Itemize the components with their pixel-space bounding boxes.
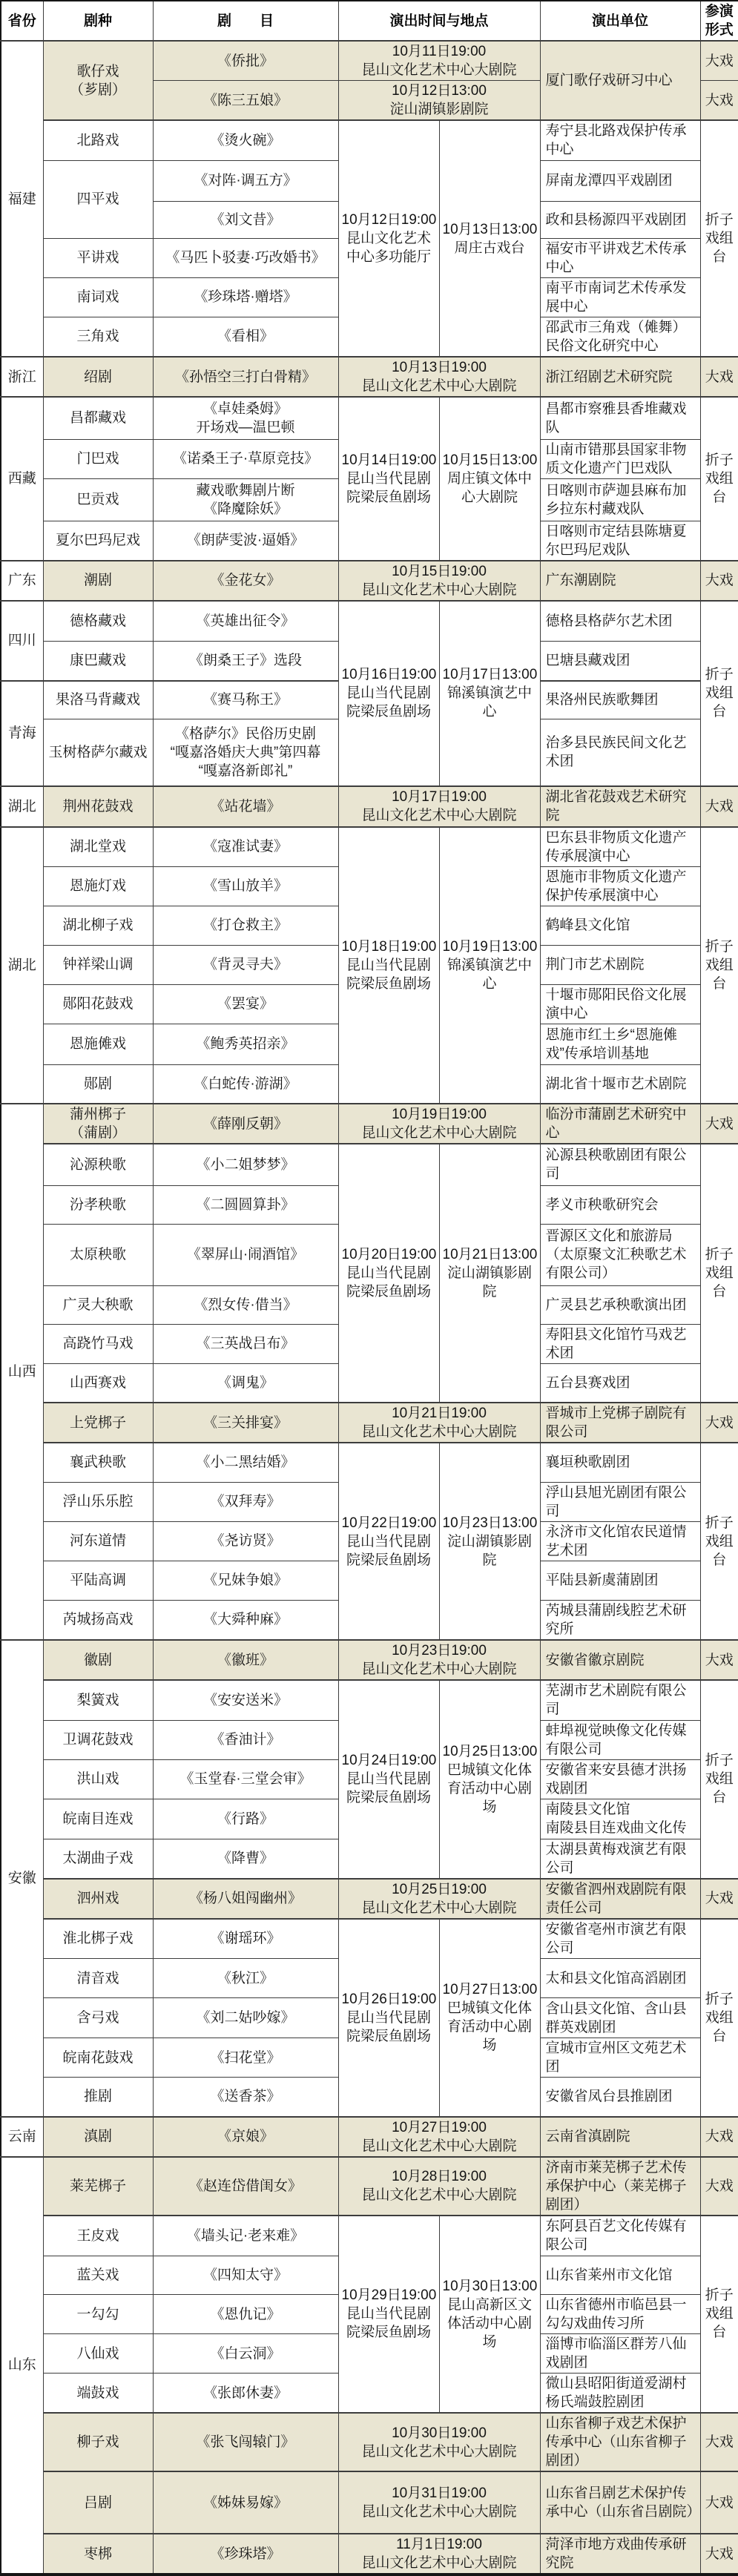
cell-time: 10月13日13:00周庄古戏台 xyxy=(439,120,540,357)
cell-repertoire: 《卓娃桑姆》 开场戏—温巴顿 xyxy=(153,397,338,439)
cell-genre: 绍剧 xyxy=(43,357,153,397)
cell-time: 10月12日19:00昆山文化艺术中心多功能厅 xyxy=(338,120,439,357)
cell-repertoire: 《马匹卜驳妻·巧改婚书》 xyxy=(153,238,338,277)
cell-time: 10月15日13:00周庄镇文体中心大剧院 xyxy=(439,397,540,561)
cell-genre: 恩施灯戏 xyxy=(43,866,153,906)
cell-repertoire: 《格萨尔》民俗历史剧 “嘎嘉洛婚庆大典”第四幕 “嘎嘉洛新郎礼” xyxy=(153,719,338,786)
cell-unit: 果洛州民族歌舞团 xyxy=(540,681,700,719)
cell-unit: 东阿县百艺文化传媒有限公司 xyxy=(540,2216,700,2256)
cell-repertoire: 《金花女》 xyxy=(153,561,338,601)
performance-time: 10月15日19:00 xyxy=(342,562,537,581)
cell-repertoire: 《珍珠塔·赠塔》 xyxy=(153,277,338,317)
cell-unit: 十堰市郧阳民俗文化展演中心 xyxy=(540,984,700,1024)
table-row: 泗州戏《杨八姐闯幽州》10月25日19:00昆山文化艺术中心大剧院安徽省泗州戏剧… xyxy=(1,1879,738,1919)
cell-repertoire: 《大舜种麻》 xyxy=(153,1600,338,1640)
cell-form: 折子戏组台 xyxy=(700,397,738,561)
cell-repertoire: 《刘二姑吵嫁》 xyxy=(153,1998,338,2038)
performance-time: 10月17日19:00 xyxy=(342,788,537,806)
performance-time: 10月14日19:00 xyxy=(342,451,436,470)
cell-repertoire: 《杨八姐闯幽州》 xyxy=(153,1879,338,1919)
cell-unit: 巴塘县藏戏团 xyxy=(540,642,700,681)
performance-time: 10月19日13:00 xyxy=(443,938,537,956)
cell-genre: 太原秧歌 xyxy=(43,1224,153,1285)
cell-genre: 含弓戏 xyxy=(43,1998,153,2038)
cell-genre: 河东道情 xyxy=(43,1521,153,1561)
cell-time: 10月19日13:00锦溪镇演艺中心 xyxy=(439,827,540,1104)
cell-genre: 浮山乐乐腔 xyxy=(43,1482,153,1521)
cell-genre: 郧阳花鼓戏 xyxy=(43,984,153,1024)
performance-venue: 巴城镇文化体育活动中心剧场 xyxy=(443,1761,537,1816)
cell-repertoire: 《孙悟空三打白骨精》 xyxy=(153,357,338,397)
cell-unit: 含山县文化馆、含山县群英戏剧团 xyxy=(540,1998,700,2038)
cell-genre: 清音戏 xyxy=(43,1959,153,1998)
table-row: 山西蒲州梆子 （蒲剧）《薛刚反朝》10月19日19:00昆山文化艺术中心大剧院临… xyxy=(1,1104,738,1144)
cell-repertoire: 《珍珠塔》 xyxy=(153,2534,338,2575)
cell-genre: 德格藏戏 xyxy=(43,601,153,642)
cell-genre: 平陆高调 xyxy=(43,1561,153,1600)
cell-unit: 微山县昭阳街道爱湖村杨氏端鼓腔剧团 xyxy=(540,2374,700,2414)
cell-form: 大戏 xyxy=(700,1640,738,1680)
performance-schedule-table: 省份剧种剧 目演出时间与地点演出单位参演形式 福建歌仔戏 （芗剧）《侨批》10月… xyxy=(0,0,738,2576)
cell-repertoire: 《烫火碗》 xyxy=(153,120,338,160)
cell-time: 10月13日19:00昆山文化艺术中心大剧院 xyxy=(338,357,540,397)
cell-repertoire: 《鲍秀英招亲》 xyxy=(153,1024,338,1064)
performance-time: 10月24日19:00 xyxy=(342,1751,436,1770)
cell-form: 大戏 xyxy=(700,1403,738,1443)
performance-venue: 昆山文化艺术中心大剧院 xyxy=(342,806,537,825)
cell-unit: 南平市南词艺术传承发展中心 xyxy=(540,277,700,317)
cell-unit: 永济市文化馆农民道情艺术团 xyxy=(540,1521,700,1561)
cell-unit: 山东省柳子戏艺术保护传承中心（山东省柳子剧团） xyxy=(540,2413,700,2471)
cell-time: 10月31日19:00昆山文化艺术中心大剧院 xyxy=(338,2471,540,2534)
cell-province: 安徽 xyxy=(1,1640,43,2117)
cell-time: 10月16日19:00昆山当代昆剧院梁辰鱼剧场 xyxy=(338,601,439,786)
cell-time: 10月17日13:00锦溪镇演艺中心 xyxy=(439,601,540,786)
performance-venue: 淀山湖镇影剧院 xyxy=(342,100,537,119)
cell-repertoire: 《调鬼》 xyxy=(153,1363,338,1403)
table-header: 省份剧种剧 目演出时间与地点演出单位参演形式 xyxy=(1,1,738,41)
performance-venue: 昆山文化艺术中心大剧院 xyxy=(342,1899,537,1917)
table-row: 湖北湖北堂戏《寇准试妻》10月18日19:00昆山当代昆剧院梁辰鱼剧场10月19… xyxy=(1,827,738,867)
cell-repertoire: 《四知太守》 xyxy=(153,2256,338,2295)
cell-genre: 巴贡戏 xyxy=(43,478,153,521)
cell-form: 大戏 xyxy=(700,2157,738,2216)
performance-time: 10月15日13:00 xyxy=(443,451,537,470)
cell-form: 大戏 xyxy=(700,2534,738,2575)
performance-time: 10月11日19:00 xyxy=(342,42,537,61)
performance-venue: 昆山文化艺术中心大剧院 xyxy=(342,61,537,79)
table-row: 枣梆《珍珠塔》11月1日19:00昆山文化艺术中心大剧院菏泽市地方戏曲传承研究院… xyxy=(1,2534,738,2575)
cell-province: 山西 xyxy=(1,1104,43,1640)
cell-genre: 柳子戏 xyxy=(43,2413,153,2471)
cell-genre: 襄武秧歌 xyxy=(43,1443,153,1482)
cell-repertoire: 《恩仇记》 xyxy=(153,2295,338,2334)
cell-province: 山东 xyxy=(1,2157,43,2575)
cell-province: 广东 xyxy=(1,561,43,601)
cell-repertoire: 《陈三五娘》 xyxy=(153,81,338,121)
cell-repertoire: 《扫花堂》 xyxy=(153,2038,338,2078)
cell-province: 福建 xyxy=(1,41,43,357)
performance-time: 10月21日13:00 xyxy=(443,1245,537,1264)
cell-genre: 昌都藏戏 xyxy=(43,397,153,439)
cell-genre: 滇剧 xyxy=(43,2117,153,2157)
cell-genre: 三角戏 xyxy=(43,317,153,357)
cell-genre: 芮城扬高戏 xyxy=(43,1600,153,1640)
cell-time: 10月26日19:00昆山当代昆剧院梁辰鱼剧场 xyxy=(338,1919,439,2117)
cell-form: 大戏 xyxy=(700,2471,738,2534)
cell-repertoire: 《安安送米》 xyxy=(153,1680,338,1720)
column-header-form: 参演形式 xyxy=(700,1,738,41)
cell-repertoire: 《京娘》 xyxy=(153,2117,338,2157)
performance-time: 10月25日19:00 xyxy=(342,1880,537,1899)
cell-form: 折子戏组台 xyxy=(700,1144,738,1403)
cell-unit: 广东潮剧院 xyxy=(540,561,700,601)
cell-unit: 屏南龙潭四平戏剧团 xyxy=(540,160,700,201)
cell-province: 青海 xyxy=(1,681,43,786)
cell-unit: 湖北省花鼓戏艺术研究院 xyxy=(540,786,700,827)
cell-genre: 山西赛戏 xyxy=(43,1363,153,1403)
column-header-unit: 演出单位 xyxy=(540,1,700,41)
table-row: 北路戏《烫火碗》10月12日19:00昆山文化艺术中心多功能厅10月13日13:… xyxy=(1,120,738,160)
cell-unit: 山南市错那县国家非物质文化遗产门巴戏队 xyxy=(540,439,700,478)
cell-form: 大戏 xyxy=(700,2413,738,2471)
cell-form: 折子戏组台 xyxy=(700,120,738,357)
cell-unit: 安徽省亳州市演艺有限公司 xyxy=(540,1919,700,1959)
performance-venue: 昆山文化艺术中心多功能厅 xyxy=(342,229,436,266)
cell-province: 湖北 xyxy=(1,827,43,1104)
cell-genre: 徽剧 xyxy=(43,1640,153,1680)
cell-unit: 安徽省徽京剧院 xyxy=(540,1640,700,1680)
cell-unit: 五台县赛戏团 xyxy=(540,1363,700,1403)
cell-form: 大戏 xyxy=(700,786,738,827)
column-header-province: 省份 xyxy=(1,1,43,41)
cell-unit: 政和县杨源四平戏剧团 xyxy=(540,201,700,238)
cell-form: 折子戏组台 xyxy=(700,1680,738,1879)
performance-time: 10月23日13:00 xyxy=(443,1514,537,1532)
cell-unit: 昌都市察雅县香堆藏戏队 xyxy=(540,397,700,439)
performance-venue: 昆山当代昆剧院梁辰鱼剧场 xyxy=(342,1770,436,1807)
cell-genre: 果洛马背藏戏 xyxy=(43,681,153,719)
cell-time: 10月23日13:00淀山湖镇影剧院 xyxy=(439,1443,540,1640)
performance-venue: 昆山文化艺术中心大剧院 xyxy=(342,1423,537,1441)
cell-genre: 淮北梆子戏 xyxy=(43,1919,153,1959)
cell-repertoire: 《白云洞》 xyxy=(153,2334,338,2374)
cell-repertoire: 《张飞闯辕门》 xyxy=(153,2413,338,2471)
cell-unit: 邵武市三角戏（傩舞）民俗文化研究中心 xyxy=(540,317,700,357)
cell-genre: 八仙戏 xyxy=(43,2334,153,2374)
cell-time: 11月1日19:00昆山文化艺术中心大剧院 xyxy=(338,2534,540,2575)
cell-genre: 郧剧 xyxy=(43,1064,153,1104)
cell-genre: 恩施傩戏 xyxy=(43,1024,153,1064)
cell-genre: 沁源秧歌 xyxy=(43,1144,153,1185)
cell-unit: 云南省滇剧院 xyxy=(540,2117,700,2157)
table-row: 广东潮剧《金花女》10月15日19:00昆山文化艺术中心大剧院广东潮剧院大戏 xyxy=(1,561,738,601)
cell-genre: 康巴藏戏 xyxy=(43,642,153,681)
cell-repertoire: 《双拜寿》 xyxy=(153,1482,338,1521)
cell-repertoire: 《侨批》 xyxy=(153,41,338,81)
performance-time: 10月18日19:00 xyxy=(342,938,436,956)
cell-repertoire: 《朗萨雯波·逼婚》 xyxy=(153,521,338,561)
performance-venue: 锦溪镇演艺中心 xyxy=(443,684,537,721)
cell-genre: 一勾勾 xyxy=(43,2295,153,2334)
performance-venue: 昆山当代昆剧院梁辰鱼剧场 xyxy=(342,1264,436,1301)
cell-unit: 巴东县非物质文化遗产传承展演中心 xyxy=(540,827,700,867)
cell-unit: 治多县民族民间文化艺术团 xyxy=(540,719,700,786)
performance-venue: 昆山当代昆剧院梁辰鱼剧场 xyxy=(342,2009,436,2046)
performance-venue: 昆山当代昆剧院梁辰鱼剧场 xyxy=(342,470,436,507)
cell-unit: 寿阳县文化馆竹马戏艺术团 xyxy=(540,1324,700,1363)
cell-genre: 泗州戏 xyxy=(43,1879,153,1919)
cell-repertoire: 《烈女传·借当》 xyxy=(153,1285,338,1324)
performance-time: 10月19日19:00 xyxy=(342,1105,537,1124)
cell-genre: 上党梆子 xyxy=(43,1403,153,1443)
cell-unit: 平陆县新虞蒲剧团 xyxy=(540,1561,700,1600)
performance-time: 10月27日13:00 xyxy=(443,1980,537,1999)
cell-repertoire: 《朗桑王子》选段 xyxy=(153,642,338,681)
cell-repertoire: 《三关排宴》 xyxy=(153,1403,338,1443)
performance-venue: 昆山文化艺术中心大剧院 xyxy=(342,2554,537,2572)
performance-venue: 昆山文化艺术中心大剧院 xyxy=(342,2137,537,2155)
cell-repertoire: 《看相》 xyxy=(153,317,338,357)
cell-repertoire: 《谢瑶环》 xyxy=(153,1919,338,1959)
performance-time: 10月30日19:00 xyxy=(342,2424,537,2442)
cell-unit: 南陵县文化馆 南陵县目连戏曲文化传 xyxy=(540,1799,700,1839)
cell-genre: 四平戏 xyxy=(43,160,153,238)
performance-time: 10月30日13:00 xyxy=(443,2277,537,2296)
cell-unit: 临汾市蒲剧艺术研究中心 xyxy=(540,1104,700,1144)
cell-unit: 浙江绍剧艺术研究院 xyxy=(540,357,700,397)
table-row: 上党梆子《三关排宴》10月21日19:00昆山文化艺术中心大剧院晋城市上党梆子剧… xyxy=(1,1403,738,1443)
cell-form: 大戏 xyxy=(700,1104,738,1144)
cell-genre: 皖南花鼓戏 xyxy=(43,2038,153,2078)
column-header-repertoire: 剧 目 xyxy=(153,1,338,41)
cell-repertoire: 《薛刚反朝》 xyxy=(153,1104,338,1144)
cell-time: 10月21日13:00淀山湖镇影剧院 xyxy=(439,1144,540,1403)
cell-province: 湖北 xyxy=(1,786,43,827)
cell-unit: 襄垣秧歌剧团 xyxy=(540,1443,700,1482)
cell-time: 10月14日19:00昆山当代昆剧院梁辰鱼剧场 xyxy=(338,397,439,561)
cell-genre: 荆州花鼓戏 xyxy=(43,786,153,827)
performance-venue: 昆山当代昆剧院梁辰鱼剧场 xyxy=(342,956,436,993)
cell-genre: 湖北堂戏 xyxy=(43,827,153,867)
cell-repertoire: 《打仓救主》 xyxy=(153,906,338,945)
cell-genre: 皖南目连戏 xyxy=(43,1799,153,1839)
cell-repertoire: 《诺桑王子·草原竞技》 xyxy=(153,439,338,478)
performance-venue: 淀山湖镇影剧院 xyxy=(443,1264,537,1301)
cell-unit: 晋城市上党梆子剧院有限公司 xyxy=(540,1403,700,1443)
table-body: 福建歌仔戏 （芗剧）《侨批》10月11日19:00昆山文化艺术中心大剧院厦门歌仔… xyxy=(1,41,738,2575)
table-row: 山东莱芜梆子《赵连岱借闺女》10月28日19:00昆山文化艺术中心大剧院济南市莱… xyxy=(1,2157,738,2216)
cell-repertoire: 《三英战吕布》 xyxy=(153,1324,338,1363)
cell-form: 大戏 xyxy=(700,41,738,81)
performance-venue: 周庄镇文体中心大剧院 xyxy=(443,470,537,507)
performance-time: 11月1日19:00 xyxy=(342,2535,537,2554)
performance-time: 10月28日19:00 xyxy=(342,2167,537,2186)
cell-form: 折子戏组台 xyxy=(700,2216,738,2414)
cell-unit: 德格县格萨尔艺术团 xyxy=(540,601,700,642)
cell-unit: 太和县文化馆高滔剧团 xyxy=(540,1959,700,1998)
table-row: 安徽徽剧《徽班》10月23日19:00昆山文化艺术中心大剧院安徽省徽京剧院大戏 xyxy=(1,1640,738,1680)
cell-unit: 厦门歌仔戏研习中心 xyxy=(540,41,700,120)
cell-time: 10月25日19:00昆山文化艺术中心大剧院 xyxy=(338,1879,540,1919)
cell-unit: 荆门市艺术剧院 xyxy=(540,945,700,984)
cell-genre: 蒲州梆子 （蒲剧） xyxy=(43,1104,153,1144)
performance-venue: 昆山当代昆剧院梁辰鱼剧场 xyxy=(342,684,436,721)
cell-time: 10月30日19:00昆山文化艺术中心大剧院 xyxy=(338,2413,540,2471)
cell-form: 大戏 xyxy=(700,2117,738,2157)
header-row: 省份剧种剧 目演出时间与地点演出单位参演形式 xyxy=(1,1,738,41)
cell-genre: 卫调花鼓戏 xyxy=(43,1720,153,1759)
cell-repertoire: 《小二姐梦梦》 xyxy=(153,1144,338,1185)
performance-venue: 昆山文化艺术中心大剧院 xyxy=(342,2442,537,2461)
cell-time: 10月25日13:00巴城镇文化体育活动中心剧场 xyxy=(439,1680,540,1879)
cell-unit: 晋源区文化和旅游局（太原聚文汇秧歌艺术有限公司） xyxy=(540,1224,700,1285)
cell-time: 10月19日19:00昆山文化艺术中心大剧院 xyxy=(338,1104,540,1144)
table-row: 吕剧《姊妹易嫁》10月31日19:00昆山文化艺术中心大剧院山东省吕剧艺术保护传… xyxy=(1,2471,738,2534)
cell-time: 10月22日19:00昆山当代昆剧院梁辰鱼剧场 xyxy=(338,1443,439,1640)
cell-repertoire: 《尧访贤》 xyxy=(153,1521,338,1561)
cell-province: 云南 xyxy=(1,2117,43,2157)
cell-genre: 洪山戏 xyxy=(43,1759,153,1799)
cell-form: 折子戏组台 xyxy=(700,827,738,1104)
cell-repertoire: 《送香茶》 xyxy=(153,2078,338,2117)
cell-time: 10月27日19:00昆山文化艺术中心大剧院 xyxy=(338,2117,540,2157)
cell-time: 10月27日13:00巴城镇文化体育活动中心剧场 xyxy=(439,1919,540,2117)
cell-unit: 芜湖市艺术剧院有限公司 xyxy=(540,1680,700,1720)
cell-genre: 端鼓戏 xyxy=(43,2374,153,2414)
cell-unit: 济南市莱芜梆子艺术传承保护中心（莱芜梆子剧团） xyxy=(540,2157,700,2216)
cell-repertoire: 《降曹》 xyxy=(153,1839,338,1879)
cell-time: 10月28日19:00昆山文化艺术中心大剧院 xyxy=(338,2157,540,2216)
cell-unit: 宣城市宣州区文苑艺术团 xyxy=(540,2038,700,2078)
cell-genre: 南词戏 xyxy=(43,277,153,317)
performance-venue: 锦溪镇演艺中心 xyxy=(443,956,537,993)
cell-unit: 孝义市秧歌研究会 xyxy=(540,1185,700,1224)
performance-time: 10月20日19:00 xyxy=(342,1245,436,1264)
cell-genre: 高跷竹马戏 xyxy=(43,1324,153,1363)
performance-time: 10月29日19:00 xyxy=(342,2286,436,2305)
performance-time: 10月17日13:00 xyxy=(443,665,537,684)
performance-venue: 昆山高新区文体活动中心剧场 xyxy=(443,2296,537,2351)
cell-time: 10月24日19:00昆山当代昆剧院梁辰鱼剧场 xyxy=(338,1680,439,1879)
cell-unit: 淄博市临淄区群芳八仙戏剧团 xyxy=(540,2334,700,2374)
cell-repertoire: 《二圆圆算卦》 xyxy=(153,1185,338,1224)
cell-repertoire: 《小二黑结婚》 xyxy=(153,1443,338,1482)
performance-time: 10月25日13:00 xyxy=(443,1742,537,1761)
cell-unit: 芮城县蒲剧线腔艺术研究所 xyxy=(540,1600,700,1640)
cell-form: 大戏 xyxy=(700,1879,738,1919)
cell-time: 10月20日19:00昆山当代昆剧院梁辰鱼剧场 xyxy=(338,1144,439,1403)
cell-unit: 恩施市红土乡“恩施傩戏”传承培训基地 xyxy=(540,1024,700,1064)
performance-venue: 昆山文化艺术中心大剧院 xyxy=(342,377,537,395)
cell-time: 10月17日19:00昆山文化艺术中心大剧院 xyxy=(338,786,540,827)
cell-genre: 推剧 xyxy=(43,2078,153,2117)
performance-time: 10月16日19:00 xyxy=(342,665,436,684)
cell-time: 10月18日19:00昆山当代昆剧院梁辰鱼剧场 xyxy=(338,827,439,1104)
cell-form: 折子戏组台 xyxy=(700,601,738,786)
cell-unit: 浮山县旭光剧团有限公司 xyxy=(540,1482,700,1521)
cell-genre: 汾孝秧歌 xyxy=(43,1185,153,1224)
cell-repertoire: 《香油计》 xyxy=(153,1720,338,1759)
table-row: 湖北荆州花鼓戏《站花墙》10月17日19:00昆山文化艺术中心大剧院湖北省花鼓戏… xyxy=(1,786,738,827)
performance-time: 10月12日19:00 xyxy=(342,211,436,229)
cell-repertoire: 《玉堂春·三堂会审》 xyxy=(153,1759,338,1799)
cell-genre: 钟祥梁山调 xyxy=(43,945,153,984)
cell-time: 10月23日19:00昆山文化艺术中心大剧院 xyxy=(338,1640,540,1680)
cell-repertoire: 《翠屏山·闹酒馆》 xyxy=(153,1224,338,1285)
performance-venue: 巴城镇文化体育活动中心剧场 xyxy=(443,1999,537,2055)
cell-genre: 太湖曲子戏 xyxy=(43,1839,153,1879)
cell-repertoire: 《罢宴》 xyxy=(153,984,338,1024)
performance-venue: 昆山当代昆剧院梁辰鱼剧场 xyxy=(342,2305,436,2342)
table-row: 柳子戏《张飞闯辕门》10月30日19:00昆山文化艺术中心大剧院山东省柳子戏艺术… xyxy=(1,2413,738,2471)
cell-unit: 太湖县黄梅戏演艺有限公司 xyxy=(540,1839,700,1879)
table-row: 四川德格藏戏《英雄出征令》10月16日19:00昆山当代昆剧院梁辰鱼剧场10月1… xyxy=(1,601,738,642)
cell-unit: 湖北省十堰市艺术剧院 xyxy=(540,1064,700,1104)
table-row: 福建歌仔戏 （芗剧）《侨批》10月11日19:00昆山文化艺术中心大剧院厦门歌仔… xyxy=(1,41,738,81)
performance-time: 10月27日19:00 xyxy=(342,2118,537,2137)
cell-genre: 潮剧 xyxy=(43,561,153,601)
cell-repertoire: 《背灵寻夫》 xyxy=(153,945,338,984)
cell-genre: 广灵大秧歌 xyxy=(43,1285,153,1324)
cell-province: 四川 xyxy=(1,601,43,681)
table-row: 淮北梆子戏《谢瑶环》10月26日19:00昆山当代昆剧院梁辰鱼剧场10月27日1… xyxy=(1,1919,738,1959)
cell-repertoire: 《刘文昔》 xyxy=(153,201,338,238)
cell-repertoire: 《白蛇传·游湖》 xyxy=(153,1064,338,1104)
performance-time: 10月13日13:00 xyxy=(443,220,537,239)
cell-unit: 安徽省凤台县推剧团 xyxy=(540,2078,700,2117)
cell-repertoire: 《徽班》 xyxy=(153,1640,338,1680)
column-header-genre: 剧种 xyxy=(43,1,153,41)
cell-genre: 吕剧 xyxy=(43,2471,153,2534)
cell-genre: 平讲戏 xyxy=(43,238,153,277)
cell-unit: 日喀则市萨迦县麻布加乡拉东村藏戏队 xyxy=(540,478,700,521)
performance-time: 10月31日19:00 xyxy=(342,2484,537,2503)
cell-time: 10月29日19:00昆山当代昆剧院梁辰鱼剧场 xyxy=(338,2216,439,2414)
cell-time: 10月11日19:00昆山文化艺术中心大剧院 xyxy=(338,41,540,81)
cell-unit: 蚌埠视觉映像文化传媒有限公司 xyxy=(540,1720,700,1759)
performance-venue: 昆山文化艺术中心大剧院 xyxy=(342,2503,537,2521)
performance-time: 10月13日19:00 xyxy=(342,358,537,377)
cell-repertoire: 《寇准试妻》 xyxy=(153,827,338,867)
cell-unit: 寿宁县北路戏保护传承中心 xyxy=(540,120,700,160)
performance-venue: 昆山文化艺术中心大剧院 xyxy=(342,1124,537,1142)
cell-time: 10月15日19:00昆山文化艺术中心大剧院 xyxy=(338,561,540,601)
performance-venue: 昆山文化艺术中心大剧院 xyxy=(342,1660,537,1679)
cell-form: 折子戏组台 xyxy=(700,1919,738,2117)
performance-venue: 周庄古戏台 xyxy=(443,239,537,257)
cell-repertoire: 《秋江》 xyxy=(153,1959,338,1998)
performance-venue: 昆山文化艺术中心大剧院 xyxy=(342,581,537,599)
cell-repertoire: 《墙头记·老来难》 xyxy=(153,2216,338,2256)
performance-time: 10月22日19:00 xyxy=(342,1514,436,1532)
cell-repertoire: 《雪山放羊》 xyxy=(153,866,338,906)
cell-unit: 日喀则市定结县陈塘夏尔巴玛尼戏队 xyxy=(540,521,700,561)
cell-genre: 蓝关戏 xyxy=(43,2256,153,2295)
table-row: 梨簧戏《安安送米》10月24日19:00昆山当代昆剧院梁辰鱼剧场10月25日13… xyxy=(1,1680,738,1720)
performance-time: 10月12日13:00 xyxy=(342,82,537,100)
cell-repertoire: 《英雄出征令》 xyxy=(153,601,338,642)
performance-time: 10月23日19:00 xyxy=(342,1641,537,1660)
cell-genre: 枣梆 xyxy=(43,2534,153,2575)
table-row: 云南滇剧《京娘》10月27日19:00昆山文化艺术中心大剧院云南省滇剧院大戏 xyxy=(1,2117,738,2157)
table-row: 襄武秧歌《小二黑结婚》10月22日19:00昆山当代昆剧院梁辰鱼剧场10月23日… xyxy=(1,1443,738,1482)
performance-time: 10月21日19:00 xyxy=(342,1404,537,1423)
cell-form: 折子戏组台 xyxy=(700,1443,738,1640)
cell-unit: 鹤峰县文化馆 xyxy=(540,906,700,945)
cell-unit: 山东省吕剧艺术保护传承中心（山东省吕剧院） xyxy=(540,2471,700,2534)
cell-repertoire: 《站花墙》 xyxy=(153,786,338,827)
